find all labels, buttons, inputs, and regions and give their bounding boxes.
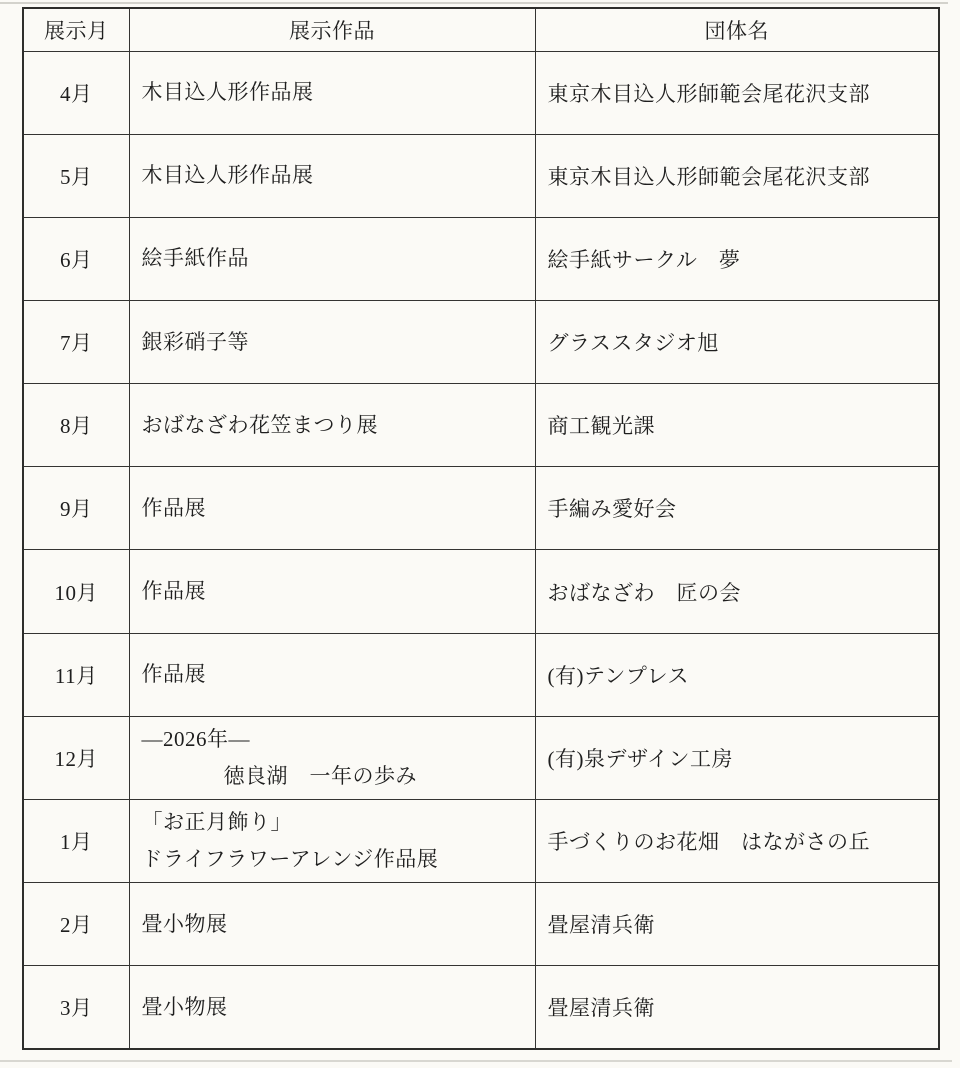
scan-artifact-line-top [0,2,948,4]
group-cell: 東京木目込人形師範会尾花沢支部 [535,134,939,217]
group-cell: 絵手紙サークル 夢 [535,217,939,300]
table-body: 4月 木目込人形作品展 東京木目込人形師範会尾花沢支部 5月 木目込人形作品展 … [23,51,939,1049]
table-row: 6月 絵手紙作品 絵手紙サークル 夢 [23,217,939,300]
scan-artifact-line-bottom [0,1060,952,1062]
work-cell: 作品展 [129,633,535,716]
table-row: 5月 木目込人形作品展 東京木目込人形師範会尾花沢支部 [23,134,939,217]
group-cell: グラススタジオ旭 [535,300,939,383]
table-row: 2月 畳小物展 畳屋清兵衛 [23,883,939,966]
header-month: 展示月 [23,8,129,51]
month-cell: 9月 [23,467,129,550]
work-cell: おばなざわ花笠まつり展 [129,384,535,467]
month-cell: 6月 [23,217,129,300]
month-cell: 3月 [23,966,129,1049]
table-row: 7月 銀彩硝子等 グラススタジオ旭 [23,300,939,383]
table-row: 8月 おばなざわ花笠まつり展 商工観光課 [23,384,939,467]
header-row: 展示月 展示作品 団体名 [23,8,939,51]
work-cell: 木目込人形作品展 [129,134,535,217]
work-line-1: 銀彩硝子等 [142,324,529,361]
work-line-2: ドライフラワーアレンジ作品展 [142,841,529,878]
table-row: 4月 木目込人形作品展 東京木目込人形師範会尾花沢支部 [23,51,939,134]
month-cell: 12月 [23,716,129,799]
group-cell: (有)泉デザイン工房 [535,716,939,799]
table-row: 1月 「お正月飾り」 ドライフラワーアレンジ作品展 手づくりのお花畑 はながさの… [23,799,939,882]
group-cell: 畳屋清兵衛 [535,883,939,966]
work-line-1: 作品展 [142,490,529,527]
month-cell: 11月 [23,633,129,716]
work-line-1: ―2026年― [142,721,529,758]
work-line-1: おばなざわ花笠まつり展 [142,407,529,444]
table-row: 11月 作品展 (有)テンプレス [23,633,939,716]
table-row: 3月 畳小物展 畳屋清兵衛 [23,966,939,1049]
work-line-1: 絵手紙作品 [142,240,529,277]
month-cell: 5月 [23,134,129,217]
month-cell: 2月 [23,883,129,966]
work-line-1: 作品展 [142,573,529,610]
group-cell: (有)テンプレス [535,633,939,716]
work-line-1: 畳小物展 [142,906,529,943]
month-cell: 10月 [23,550,129,633]
work-cell: 畳小物展 [129,966,535,1049]
work-cell: 作品展 [129,550,535,633]
work-line-2: 徳良湖 一年の歩み [142,758,529,795]
month-cell: 8月 [23,384,129,467]
group-cell: 手づくりのお花畑 はながさの丘 [535,799,939,882]
month-cell: 7月 [23,300,129,383]
month-cell: 1月 [23,799,129,882]
work-line-1: 畳小物展 [142,989,529,1026]
work-line-1: 作品展 [142,656,529,693]
work-cell: 銀彩硝子等 [129,300,535,383]
work-cell: ―2026年― 徳良湖 一年の歩み [129,716,535,799]
work-cell: 畳小物展 [129,883,535,966]
table-row: 12月 ―2026年― 徳良湖 一年の歩み (有)泉デザイン工房 [23,716,939,799]
work-cell: 作品展 [129,467,535,550]
header-work: 展示作品 [129,8,535,51]
group-cell: 畳屋清兵衛 [535,966,939,1049]
table-row: 9月 作品展 手編み愛好会 [23,467,939,550]
group-cell: 商工観光課 [535,384,939,467]
header-group: 団体名 [535,8,939,51]
group-cell: 東京木目込人形師範会尾花沢支部 [535,51,939,134]
month-cell: 4月 [23,51,129,134]
table-row: 10月 作品展 おばなざわ 匠の会 [23,550,939,633]
exhibition-schedule-table: 展示月 展示作品 団体名 4月 木目込人形作品展 東京木目込人形師範会尾花沢支部… [22,7,940,1050]
table-header: 展示月 展示作品 団体名 [23,8,939,51]
work-line-1: 「お正月飾り」 [142,804,529,841]
work-cell: 「お正月飾り」 ドライフラワーアレンジ作品展 [129,799,535,882]
work-cell: 絵手紙作品 [129,217,535,300]
work-line-1: 木目込人形作品展 [142,157,529,194]
group-cell: 手編み愛好会 [535,467,939,550]
work-line-1: 木目込人形作品展 [142,74,529,111]
group-cell: おばなざわ 匠の会 [535,550,939,633]
scanned-page: 展示月 展示作品 団体名 4月 木目込人形作品展 東京木目込人形師範会尾花沢支部… [22,7,940,1050]
work-cell: 木目込人形作品展 [129,51,535,134]
